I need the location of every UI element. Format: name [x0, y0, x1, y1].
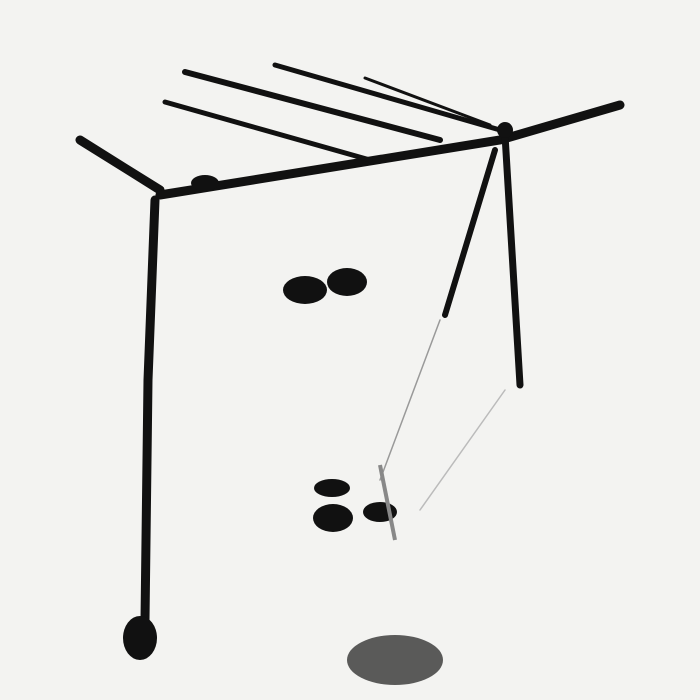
ink-painting [0, 0, 700, 700]
birds [283, 268, 397, 532]
clothesline-frame [80, 65, 620, 620]
ground-smudge [347, 635, 443, 685]
pole-base [123, 122, 513, 660]
painting-svg [0, 0, 700, 700]
